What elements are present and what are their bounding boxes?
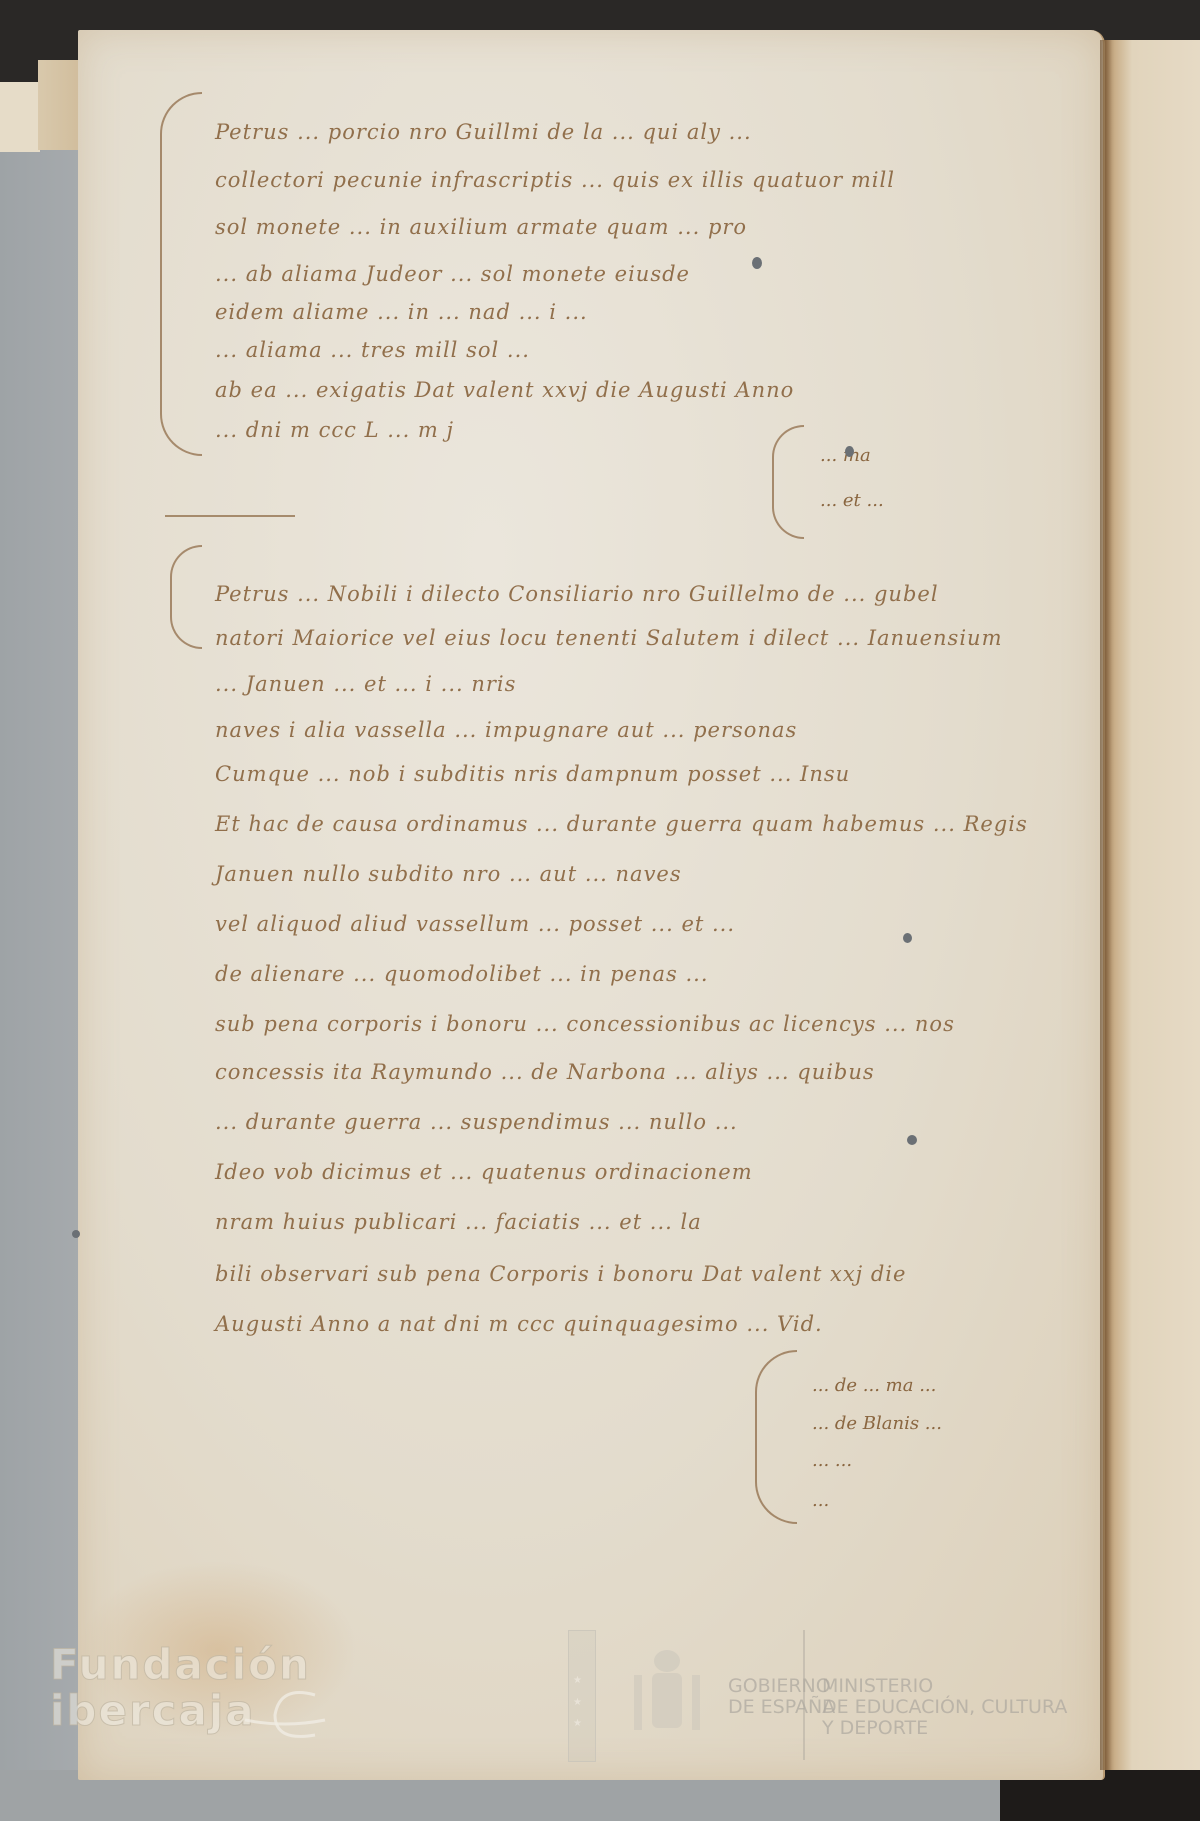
entry-1-line: ... dni m ccc L ... m j — [215, 418, 454, 442]
margin-note: ... de Blanis ... — [812, 1413, 942, 1434]
worm-hole — [845, 446, 854, 457]
gobierno-watermark: GOBIERNO DE ESPAÑA — [728, 1676, 835, 1718]
margin-note: ... de ... ma ... — [812, 1375, 936, 1396]
entry-2-line: bili observari sub pena Corporis i bonor… — [215, 1262, 906, 1286]
margin-note: ... ... — [812, 1450, 852, 1471]
entry-1-line: ... aliama ... tres mill sol ... — [215, 338, 530, 362]
watermark-text: MINISTERIO — [822, 1676, 1067, 1697]
manuscript-folio — [78, 30, 1105, 1780]
entry-1-line: Petrus ... porcio nro Guillmi de la ... … — [215, 120, 752, 144]
flag-bar-icon — [568, 1630, 596, 1762]
watermark-text: Y DEPORTE — [822, 1718, 1067, 1739]
ibercaja-swoosh-icon — [245, 1680, 335, 1750]
worm-hole — [752, 257, 762, 269]
watermark-text: DE EDUCACIÓN, CULTURA — [822, 1697, 1067, 1718]
ministerio-watermark: MINISTERIO DE EDUCACIÓN, CULTURA Y DEPOR… — [822, 1676, 1067, 1739]
entry-1-line: collectori pecunie infrascriptis ... qui… — [215, 168, 895, 192]
entry-2-line: nram huius publicari ... faciatis ... et… — [215, 1210, 702, 1234]
entry-1-line: ... ab aliama Judeor ... sol monete eius… — [215, 262, 690, 286]
entry-1-line: ab ea ... exigatis Dat valent xxvj die A… — [215, 378, 794, 402]
worm-hole — [907, 1135, 917, 1145]
entry-2-line: Petrus ... Nobili i dilecto Consiliario … — [215, 582, 939, 606]
margin-note: ... et ... — [820, 490, 884, 511]
entry-2-line: sub pena corporis i bonoru ... concessio… — [215, 1012, 955, 1036]
entry-2-line: de alienare ... quomodolibet ... in pena… — [215, 962, 709, 986]
entry-2-line: naves i alia vassella ... impugnare aut … — [215, 718, 797, 742]
star-icon: ★ — [573, 1697, 582, 1708]
watermark-text: DE ESPAÑA — [728, 1697, 835, 1718]
entry-2-line: Ideo vob dicimus et ... quatenus ordinac… — [215, 1160, 753, 1184]
margin-note-bracket — [772, 425, 804, 539]
entry-2-line: Cumque ... nob i subditis nris dampnum p… — [215, 762, 850, 786]
entry-2-line: ... durante guerra ... suspendimus ... n… — [215, 1110, 738, 1134]
entry-2-line: vel aliquod aliud vassellum ... posset .… — [215, 912, 735, 936]
margin-note: ... — [812, 1490, 829, 1511]
worm-hole — [903, 933, 912, 943]
gutter-shadow — [1100, 40, 1112, 1770]
adjacent-folio — [1103, 40, 1200, 1770]
star-icon: ★ — [573, 1675, 582, 1686]
entry-1-line: eidem aliame ... in ... nad ... i ... — [215, 300, 588, 324]
entry-bracket — [160, 92, 202, 456]
star-icon: ★ — [573, 1718, 582, 1729]
worm-hole — [72, 1230, 80, 1238]
separator-stroke — [165, 515, 295, 517]
entry-2-line: concessis ita Raymundo ... de Narbona ..… — [215, 1060, 875, 1084]
underlying-page-edge — [0, 82, 40, 152]
watermark-divider — [803, 1630, 805, 1760]
watermark-text: GOBIERNO — [728, 1676, 835, 1697]
entry-2-line: natori Maiorice vel eius locu tenenti Sa… — [215, 626, 1002, 650]
entry-1-line: sol monete ... in auxilium armate quam .… — [215, 215, 747, 239]
coat-of-arms-icon — [630, 1645, 705, 1737]
entry-bracket — [170, 545, 202, 649]
entry-2-line: Januen nullo subdito nro ... aut ... nav… — [215, 862, 682, 886]
entry-2-line: ... Januen ... et ... i ... nris — [215, 672, 516, 696]
entry-2-line: Augusti Anno a nat dni m ccc quinquagesi… — [215, 1312, 823, 1336]
entry-2-line: Et hac de causa ordinamus ... durante gu… — [215, 812, 1028, 836]
margin-note-bracket — [755, 1350, 797, 1524]
